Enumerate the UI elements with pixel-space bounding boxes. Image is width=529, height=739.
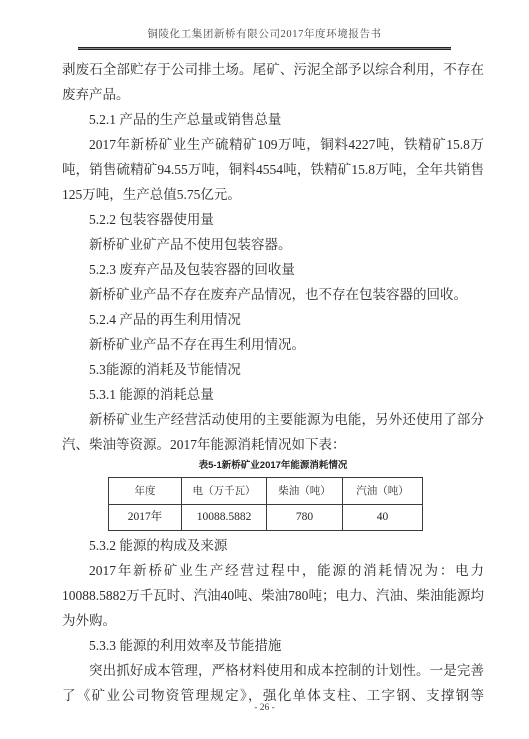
cell-diesel: 780 [267,505,343,531]
header-title: 铜陵化工集团新桥有限公司2017年度环境报告书 [0,28,529,42]
heading-5-3-3: 5.3.3 能源的利用效率及节能措施 [62,633,484,658]
energy-consumption-table: 年度 电（万千瓦） 柴油（吨） 汽油（吨） 2017年 10088.5882 7… [108,477,423,531]
table-caption: 表5-1新桥矿业2017年能源消耗情况 [62,458,484,474]
paragraph-waste-recycle: 新桥矿业产品不存在废弃产品情况，也不存在包装容器的回收。 [62,282,484,307]
paragraph-energy-total: 新桥矿业生产经营活动使用的主要能源为电能，另外还使用了部分汽、柴油等资源。201… [62,407,484,457]
heading-5-3-2: 5.3.2 能源的构成及来源 [62,533,484,558]
paragraph-regeneration: 新桥矿业产品不存在再生利用情况。 [62,332,484,357]
page-footer: - 26 - [0,703,529,713]
table-header-gasoline: 汽油（吨） [343,478,423,505]
table-row: 2017年 10088.5882 780 40 [109,505,423,531]
page-number: - 26 - [254,703,275,713]
heading-5-3: 5.3能源的消耗及节能情况 [62,357,484,382]
paragraph-energy-efficiency: 突出抓好成本管理，严格材料使用和成本控制的计划性。一是完善了《矿业公司物资管理规… [62,658,484,708]
document-body: 剥废石全部贮存于公司排土场。尾矿、污泥全部予以综合利用，不存在废弃产品。 5.2… [62,57,484,708]
table-header-electricity: 电（万千瓦） [182,478,267,505]
cell-year: 2017年 [109,505,182,531]
table-header-year: 年度 [109,478,182,505]
paragraph-production-sales: 2017年新桥矿业生产硫精矿109万吨，铜料4227吨，铁精矿15.8万吨，销售… [62,132,484,207]
table-header-diesel: 柴油（吨） [267,478,343,505]
heading-5-2-1: 5.2.1 产品的生产总量或销售总量 [62,107,484,132]
heading-5-3-1: 5.3.1 能源的消耗总量 [62,382,484,407]
heading-5-2-4: 5.2.4 产品的再生利用情况 [62,307,484,332]
page-header: 铜陵化工集团新桥有限公司2017年度环境报告书 [0,28,529,50]
document-page: 铜陵化工集团新桥有限公司2017年度环境报告书 剥废石全部贮存于公司排土场。尾矿… [0,0,529,739]
heading-5-2-2: 5.2.2 包装容器使用量 [62,207,484,232]
table-header-row: 年度 电（万千瓦） 柴油（吨） 汽油（吨） [109,478,423,505]
paragraph-packaging: 新桥矿业矿产品不使用包装容器。 [62,232,484,257]
header-rule [78,47,451,50]
paragraph-continuation: 剥废石全部贮存于公司排土场。尾矿、污泥全部予以综合利用，不存在废弃产品。 [62,57,484,107]
heading-5-2-3: 5.2.3 废弃产品及包装容器的回收量 [62,257,484,282]
cell-electricity: 10088.5882 [182,505,267,531]
paragraph-energy-composition: 2017年新桥矿业生产经营过程中，能源的消耗情况为：电力10088.5882万千… [62,558,484,633]
cell-gasoline: 40 [343,505,423,531]
